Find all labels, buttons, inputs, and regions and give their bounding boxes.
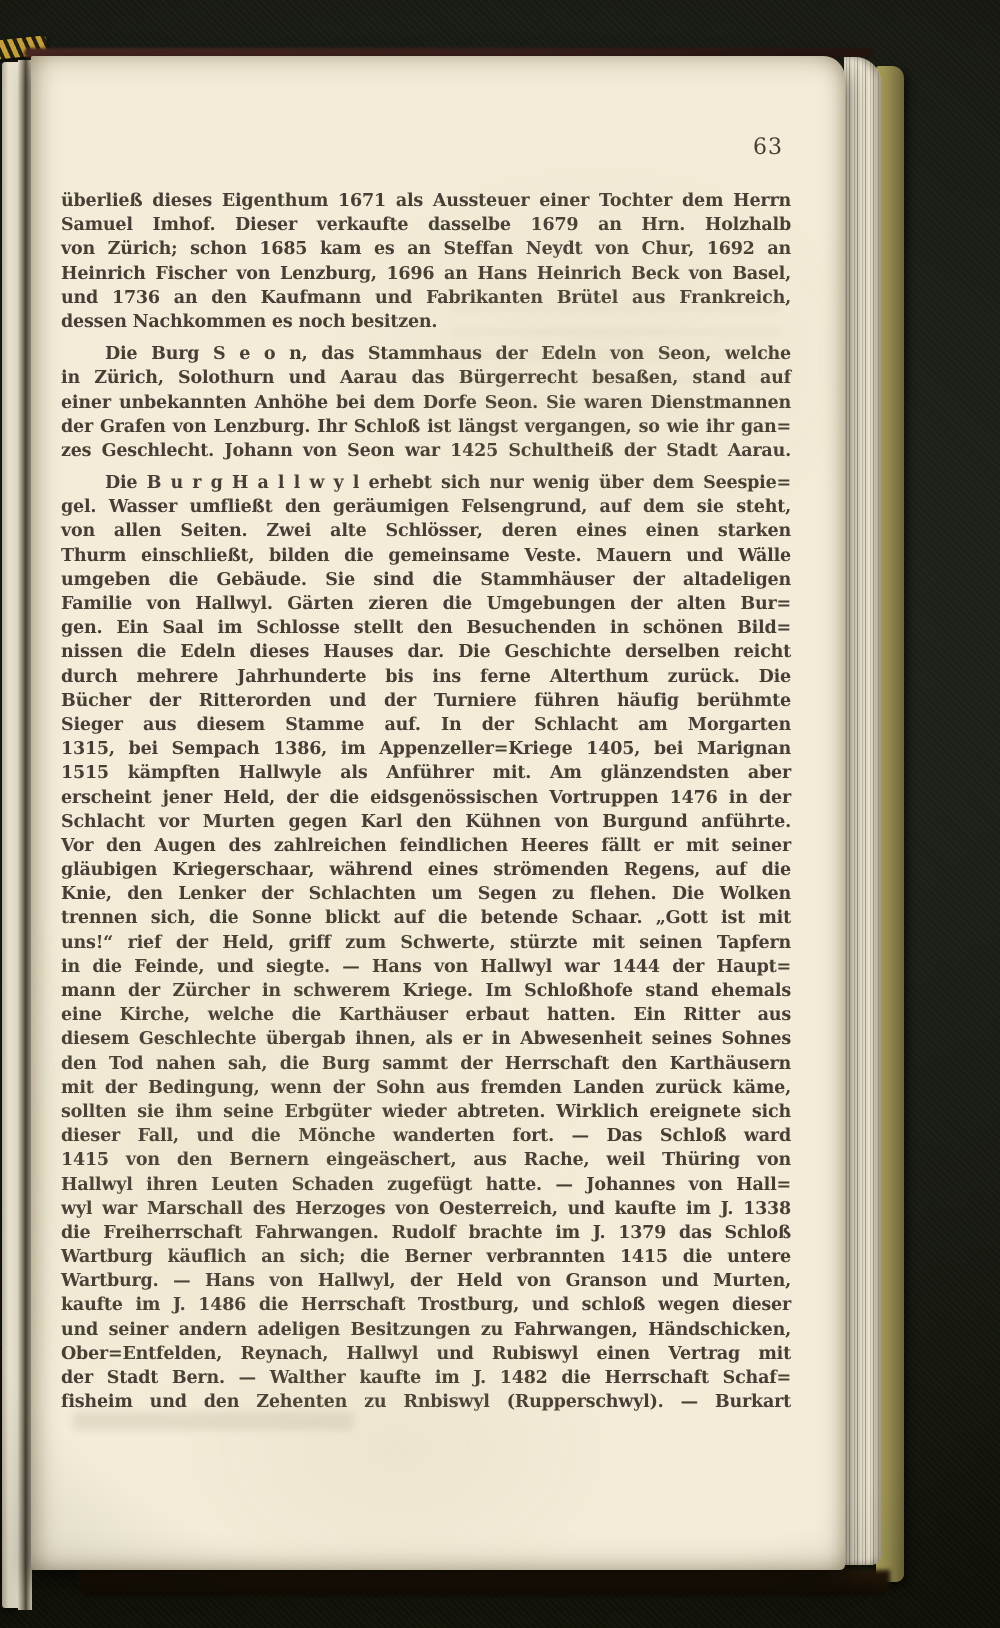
text-line: erscheint jener Held, der die eidsgenöss… bbox=[61, 786, 791, 810]
book-bottom-edge bbox=[78, 1570, 890, 1596]
text-line: Samuel Imhof. Dieser verkaufte dasselbe … bbox=[61, 213, 791, 237]
text-line: durch mehrere Jahrhunderte bis ins ferne… bbox=[61, 665, 791, 689]
text-line: Wartburg. — Hans von Hallwyl, der Held v… bbox=[61, 1269, 791, 1293]
text-line: zes Geschlecht. Johann von Seon war 1425… bbox=[61, 439, 791, 463]
text-line: Knie, den Lenker der Schlachten um Segen… bbox=[61, 882, 791, 906]
text-line: 1515 kämpften Hallwyle als Anführer mit.… bbox=[61, 761, 791, 785]
text-line: diesem Geschlechte übergab ihnen, als er… bbox=[61, 1027, 791, 1051]
text-line: wyl war Marschall des Herzoges von Oeste… bbox=[61, 1197, 791, 1221]
text-line: Die Burg S e o n, das Stammhaus der Edel… bbox=[61, 342, 791, 366]
text-line: sollten sie ihm seine Erbgüter wieder ab… bbox=[61, 1100, 791, 1124]
text-line: 1415 von den Bernern eingeäschert, aus R… bbox=[61, 1148, 791, 1172]
text-line: der Stadt Bern. — Walther kaufte im J. 1… bbox=[61, 1366, 791, 1390]
text-line: Vor den Augen des zahlreichen feindliche… bbox=[61, 834, 791, 858]
text-line: dessen Nachkommen es noch besitzen. bbox=[61, 310, 791, 334]
text-line: und 1736 an den Kaufmann und Fabrikanten… bbox=[61, 286, 791, 310]
text-line: einer unbekannten Anhöhe bei dem Dorfe S… bbox=[61, 391, 791, 415]
text-line: von allen Seiten. Zwei alte Schlösser, d… bbox=[61, 519, 791, 543]
text-line: Schlacht vor Murten gegen Karl den Kühne… bbox=[61, 810, 791, 834]
paragraph: Die Burg S e o n, das Stammhaus der Edel… bbox=[61, 342, 791, 463]
text-line: uns!“ rief der Held, griff zum Schwerte,… bbox=[61, 931, 791, 955]
text-line: Bücher der Ritterorden und der Turniere … bbox=[61, 689, 791, 713]
text-line: von Zürich; schon 1685 kam es an Steffan… bbox=[61, 237, 791, 261]
text-line: eine Kirche, welche die Karthäuser erbau… bbox=[61, 1003, 791, 1027]
text-line: mann der Zürcher in schwerem Kriege. Im … bbox=[61, 979, 791, 1003]
text-line: nissen die Edeln dieses Hauses dar. Die … bbox=[61, 640, 791, 664]
text-line: den Tod nahen sah, die Burg sammt der He… bbox=[61, 1052, 791, 1076]
text-line: trennen sich, die Sonne blickt auf die b… bbox=[61, 906, 791, 930]
text-line: 1315, bei Sempach 1386, im Appenzeller=K… bbox=[61, 737, 791, 761]
page-edge-stack bbox=[844, 57, 881, 1565]
text-line: Thurm einschließt, bilden die gemeinsame… bbox=[61, 544, 791, 568]
text-line: mit der Bedingung, wenn der Sohn aus fre… bbox=[61, 1076, 791, 1100]
text-line: gläubigen Kriegerschaar, während eines s… bbox=[61, 858, 791, 882]
text-line: und seiner andern adeligen Besitzungen z… bbox=[61, 1318, 791, 1342]
text-line: Familie von Hallwyl. Gärten zieren die U… bbox=[61, 592, 791, 616]
page-number: 63 bbox=[753, 135, 783, 160]
paragraph: Die B u r g H a l l w y l erhebt sich nu… bbox=[61, 471, 791, 1414]
text-line: in Zürich, Solothurn und Aarau das Bürge… bbox=[61, 366, 791, 390]
text-line: Heinrich Fischer von Lenzburg, 1696 an H… bbox=[61, 262, 791, 286]
book-photo: 63 überließ dieses Eigenthum 1671 als Au… bbox=[0, 0, 1000, 1628]
facing-page-edge bbox=[2, 62, 18, 1608]
text-line: Wartburg käuflich an sich; die Berner ve… bbox=[61, 1245, 791, 1269]
text-line: Ober=Entfelden, Reynach, Hallwyl und Rub… bbox=[61, 1342, 791, 1366]
text-line: umgeben die Gebäude. Sie sind die Stammh… bbox=[61, 568, 791, 592]
ink-bleed-smudge bbox=[73, 1412, 353, 1430]
text-line: Hallwyl ihren Leuten Schaden zugefügt ha… bbox=[61, 1173, 791, 1197]
text-line: gel. Wasser umfließt den geräumigen Fels… bbox=[61, 495, 791, 519]
book-gutter bbox=[18, 60, 32, 1610]
text-line: Die B u r g H a l l w y l erhebt sich nu… bbox=[61, 471, 791, 495]
text-line: die Freiherrschaft Fahrwangen. Rudolf br… bbox=[61, 1221, 791, 1245]
paragraph: überließ dieses Eigenthum 1671 als Ausst… bbox=[61, 189, 791, 334]
text-line: gen. Ein Saal im Schlosse stellt den Bes… bbox=[61, 616, 791, 640]
text-line: der Grafen von Lenzburg. Ihr Schloß ist … bbox=[61, 415, 791, 439]
text-line: überließ dieses Eigenthum 1671 als Ausst… bbox=[61, 189, 791, 213]
text-line: Sieger aus diesem Stamme auf. In der Sch… bbox=[61, 713, 791, 737]
text-line: kaufte im J. 1486 die Herrschaft Trostbu… bbox=[61, 1293, 791, 1317]
text-line: in die Feinde, und siegte. — Hans von Ha… bbox=[61, 955, 791, 979]
text-line: fisheim und den Zehenten zu Rnbiswyl (Ru… bbox=[61, 1390, 791, 1414]
text-line: dieser Fall, und die Mönche wanderten fo… bbox=[61, 1124, 791, 1148]
page-text: überließ dieses Eigenthum 1671 als Ausst… bbox=[61, 189, 791, 1414]
book-page: 63 überließ dieses Eigenthum 1671 als Au… bbox=[31, 56, 845, 1570]
